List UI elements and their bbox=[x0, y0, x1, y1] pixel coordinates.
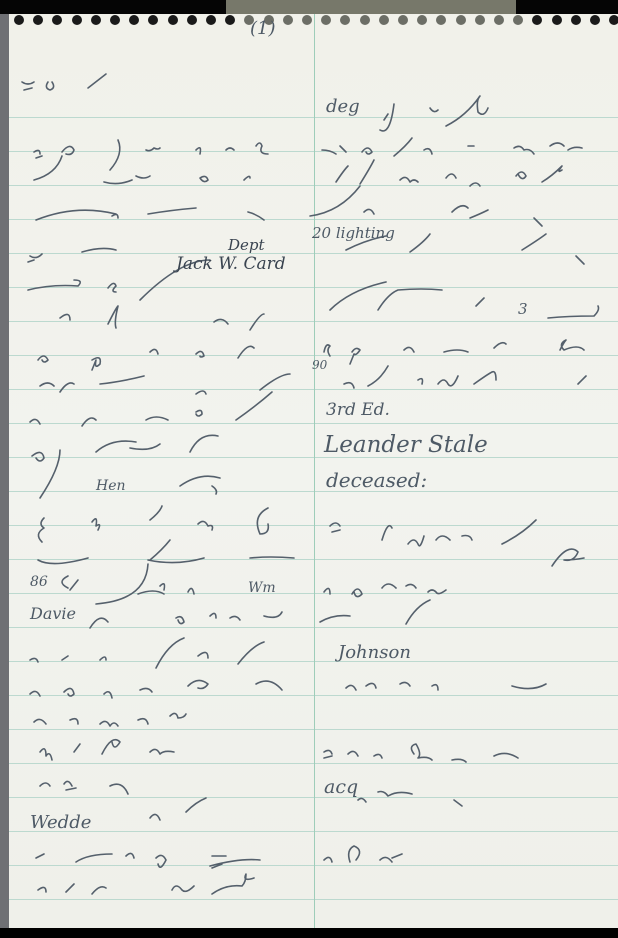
shorthand-stroke bbox=[140, 688, 152, 692]
shorthand-stroke bbox=[560, 340, 584, 350]
shorthand-stroke bbox=[512, 684, 546, 689]
shorthand-stroke bbox=[400, 177, 418, 182]
shorthand-stroke bbox=[64, 688, 74, 696]
shorthand-stroke bbox=[446, 174, 480, 186]
shorthand-stroke bbox=[38, 887, 46, 892]
shorthand-stroke bbox=[156, 855, 166, 867]
shorthand-stroke bbox=[550, 143, 564, 146]
shorthand-stroke bbox=[156, 638, 184, 668]
page-number: (1) bbox=[250, 18, 276, 39]
shorthand-stroke bbox=[336, 166, 348, 182]
shorthand-stroke bbox=[138, 719, 148, 724]
shorthand-stroke bbox=[172, 886, 194, 891]
shorthand-stroke bbox=[108, 283, 116, 292]
shorthand-stroke bbox=[348, 751, 358, 756]
shorthand-stroke bbox=[110, 140, 120, 170]
shorthand-stroke bbox=[352, 589, 362, 597]
shorthand-stroke bbox=[112, 214, 118, 218]
note-jack-w-card: Jack W. Card bbox=[176, 254, 286, 274]
shorthand-stroke bbox=[214, 319, 228, 324]
shorthand-stroke bbox=[212, 874, 254, 894]
shorthand-stroke bbox=[568, 147, 582, 150]
shorthand-stroke bbox=[210, 856, 260, 868]
shorthand-stroke bbox=[62, 656, 68, 660]
shorthand-stroke bbox=[36, 854, 44, 858]
shorthand-stroke bbox=[248, 212, 264, 220]
shorthand-stroke bbox=[244, 176, 250, 180]
shorthand-stroke bbox=[542, 166, 562, 182]
shorthand-stroke bbox=[74, 744, 80, 752]
note-3: 3 bbox=[518, 300, 528, 318]
shorthand-stroke bbox=[22, 82, 34, 90]
shorthand-stroke bbox=[238, 642, 264, 664]
shorthand-stroke bbox=[250, 557, 294, 558]
shorthand-stroke bbox=[418, 379, 423, 384]
shorthand-stroke bbox=[438, 376, 458, 386]
shorthand-stroke bbox=[256, 143, 268, 154]
shorthand-stroke bbox=[100, 376, 144, 384]
shorthand-stroke bbox=[576, 256, 584, 264]
shorthand-stroke bbox=[36, 210, 116, 220]
shorthand-stroke bbox=[364, 209, 374, 214]
shorthand-stroke bbox=[66, 884, 74, 892]
shorthand-stroke bbox=[82, 418, 96, 426]
shorthand-stroke bbox=[196, 148, 201, 154]
shorthand-stroke bbox=[96, 564, 148, 604]
shorthand-stroke bbox=[349, 846, 360, 862]
shorthand-stroke bbox=[406, 584, 416, 588]
shorthand-stroke bbox=[394, 138, 412, 156]
note-3rd-ed: 3rd Ed. bbox=[326, 400, 390, 420]
scanned-notebook-page: (1) Dept Jack W. Card Hen 86 Wm Davie We… bbox=[0, 0, 618, 938]
shorthand-stroke bbox=[408, 536, 424, 546]
shorthand-stroke bbox=[502, 520, 536, 544]
shorthand-stroke bbox=[428, 590, 446, 594]
shorthand-stroke bbox=[322, 146, 346, 154]
shorthand-stroke bbox=[411, 744, 432, 760]
shorthand-stroke bbox=[250, 314, 264, 330]
shorthand-stroke bbox=[476, 298, 484, 306]
shorthand-stroke bbox=[452, 206, 468, 212]
shorthand-stroke bbox=[88, 74, 106, 88]
shorthand-stroke bbox=[378, 792, 412, 797]
shorthand-stroke bbox=[198, 652, 208, 658]
shorthand-stroke bbox=[324, 750, 332, 758]
shorthand-stroke bbox=[226, 148, 234, 150]
shorthand-stroke bbox=[102, 740, 120, 754]
shorthand-stroke bbox=[264, 612, 282, 617]
shorthand-stroke bbox=[330, 282, 386, 310]
shorthand-stroke bbox=[60, 314, 70, 320]
shorthand-stroke bbox=[368, 366, 388, 386]
shorthand-stroke bbox=[28, 254, 42, 262]
shorthand-stroke bbox=[190, 435, 218, 452]
note-deceased: deceased: bbox=[326, 468, 427, 492]
shorthand-stroke bbox=[400, 682, 410, 686]
shorthand-stroke bbox=[108, 306, 118, 328]
note-wm: Wm bbox=[248, 580, 276, 596]
shorthand-stroke bbox=[90, 618, 108, 628]
shorthand-stroke bbox=[170, 713, 186, 718]
shorthand-stroke bbox=[446, 96, 488, 126]
shorthand-stroke bbox=[374, 754, 382, 758]
shorthand-stroke bbox=[474, 372, 496, 384]
shorthand-stroke bbox=[382, 584, 396, 588]
shorthand-stroke bbox=[360, 160, 374, 184]
note-acq: acq bbox=[324, 776, 358, 798]
shorthand-stroke bbox=[320, 616, 350, 622]
note-davie: Davie bbox=[30, 604, 76, 623]
shorthand-stroke bbox=[30, 691, 40, 696]
shorthand-stroke bbox=[324, 857, 332, 862]
shorthand-stroke bbox=[32, 452, 44, 461]
shorthand-stroke bbox=[62, 576, 78, 590]
shorthand-stroke bbox=[38, 356, 48, 362]
note-86: 86 bbox=[30, 574, 48, 590]
shorthand-stroke bbox=[28, 280, 80, 290]
shorthand-stroke bbox=[238, 346, 254, 358]
shorthand-stroke bbox=[186, 798, 206, 812]
shorthand-stroke bbox=[40, 749, 52, 760]
shorthand-stroke bbox=[38, 558, 88, 564]
shorthand-stroke bbox=[230, 616, 240, 620]
shorthand-stroke bbox=[104, 692, 112, 698]
shorthand-stroke bbox=[444, 350, 468, 352]
shorthand-stroke bbox=[196, 351, 204, 357]
note-wedde: Wedde bbox=[30, 812, 91, 833]
shorthand-stroke bbox=[130, 444, 160, 449]
shorthand-stroke bbox=[150, 814, 160, 820]
shorthand-stroke bbox=[30, 419, 40, 424]
shorthand-stroke bbox=[188, 588, 194, 594]
shorthand-stroke bbox=[362, 148, 372, 154]
shorthand-stroke bbox=[136, 176, 150, 178]
shorthand-stroke bbox=[534, 218, 542, 226]
note-deg: deg bbox=[326, 96, 360, 117]
shorthand-stroke bbox=[150, 349, 158, 354]
shorthand-stroke bbox=[148, 540, 204, 563]
shorthand-stroke bbox=[46, 82, 53, 90]
shorthand-stroke bbox=[38, 518, 44, 542]
shorthand-stroke bbox=[406, 600, 430, 624]
shorthand-stroke bbox=[196, 410, 202, 416]
shorthand-stroke bbox=[548, 306, 599, 318]
shorthand-stroke bbox=[430, 108, 438, 112]
shorthand-stroke bbox=[514, 146, 534, 154]
shorthand-stroke bbox=[344, 383, 354, 388]
shorthand-stroke bbox=[100, 657, 106, 660]
shorthand-stroke bbox=[454, 800, 462, 806]
shorthand-stroke bbox=[494, 343, 506, 348]
note-90: 90 bbox=[312, 358, 327, 372]
shorthand-stroke bbox=[452, 759, 466, 762]
shorthand-stroke bbox=[150, 749, 174, 754]
shorthand-stroke bbox=[76, 854, 112, 862]
shorthand-stroke bbox=[40, 783, 50, 786]
shorthand-stroke bbox=[92, 519, 100, 530]
note-hen: Hen bbox=[96, 478, 126, 494]
shorthand-stroke bbox=[138, 584, 165, 594]
shorthand-stroke bbox=[150, 506, 162, 520]
shorthand-stroke bbox=[176, 617, 184, 624]
note-johnson: Johnson bbox=[338, 642, 411, 663]
shorthand-stroke bbox=[380, 854, 402, 862]
shorthand-stroke bbox=[180, 476, 220, 494]
shorthand-stroke bbox=[358, 798, 366, 802]
note-dept: Dept bbox=[228, 236, 265, 254]
shorthand-stroke bbox=[92, 358, 100, 370]
shorthand-stroke bbox=[110, 784, 128, 794]
shorthand-stroke bbox=[324, 588, 330, 594]
shorthand-stroke bbox=[100, 721, 118, 726]
shorthand-stroke bbox=[382, 526, 392, 540]
shorthand-stroke bbox=[432, 685, 438, 690]
shorthand-stroke bbox=[198, 521, 213, 530]
shorthand-stroke bbox=[310, 186, 360, 216]
note-leander-stale: Leander Stale bbox=[324, 432, 488, 458]
shorthand-stroke bbox=[70, 719, 78, 724]
shorthand-stroke bbox=[494, 753, 518, 758]
note-20-lighting: 20 lighting bbox=[312, 224, 395, 242]
shorthand-stroke bbox=[34, 150, 42, 158]
shorthand-stroke bbox=[40, 383, 74, 392]
shorthand-stroke bbox=[346, 685, 356, 690]
shorthand-stroke bbox=[350, 348, 360, 364]
shorthand-stroke bbox=[404, 347, 414, 352]
shorthand-stroke bbox=[522, 234, 546, 250]
shorthand-stroke bbox=[104, 180, 132, 184]
shorthand-stroke bbox=[146, 148, 160, 151]
shorthand-stroke bbox=[34, 719, 46, 724]
shorthand-stroke bbox=[578, 376, 586, 384]
shorthand-stroke bbox=[146, 417, 168, 420]
shorthand-stroke bbox=[516, 172, 526, 179]
shorthand-stroke bbox=[64, 781, 76, 790]
shorthand-stroke bbox=[148, 208, 196, 214]
shorthand-stroke bbox=[462, 536, 472, 541]
shorthand-stroke bbox=[210, 613, 216, 618]
shorthand-stroke bbox=[410, 234, 430, 252]
shorthand-stroke bbox=[552, 549, 584, 566]
shorthand-stroke bbox=[188, 680, 208, 688]
shorthand-strokes bbox=[0, 0, 618, 938]
shorthand-stroke bbox=[256, 681, 282, 690]
shorthand-stroke bbox=[126, 853, 134, 858]
shorthand-stroke bbox=[96, 441, 136, 452]
shorthand-stroke bbox=[378, 289, 442, 310]
shorthand-stroke bbox=[470, 210, 488, 218]
shorthand-stroke bbox=[196, 391, 206, 394]
shorthand-stroke bbox=[330, 523, 340, 532]
shorthand-stroke bbox=[92, 887, 106, 894]
shorthand-stroke bbox=[366, 683, 376, 688]
shorthand-stroke bbox=[436, 536, 450, 540]
shorthand-stroke bbox=[380, 104, 394, 131]
shorthand-stroke bbox=[236, 392, 272, 420]
shorthand-stroke bbox=[324, 345, 330, 356]
shorthand-stroke bbox=[424, 149, 432, 154]
shorthand-stroke bbox=[260, 374, 290, 390]
shorthand-stroke bbox=[30, 658, 38, 662]
shorthand-stroke bbox=[257, 508, 268, 534]
shorthand-stroke bbox=[82, 248, 116, 252]
shorthand-stroke bbox=[200, 176, 208, 181]
